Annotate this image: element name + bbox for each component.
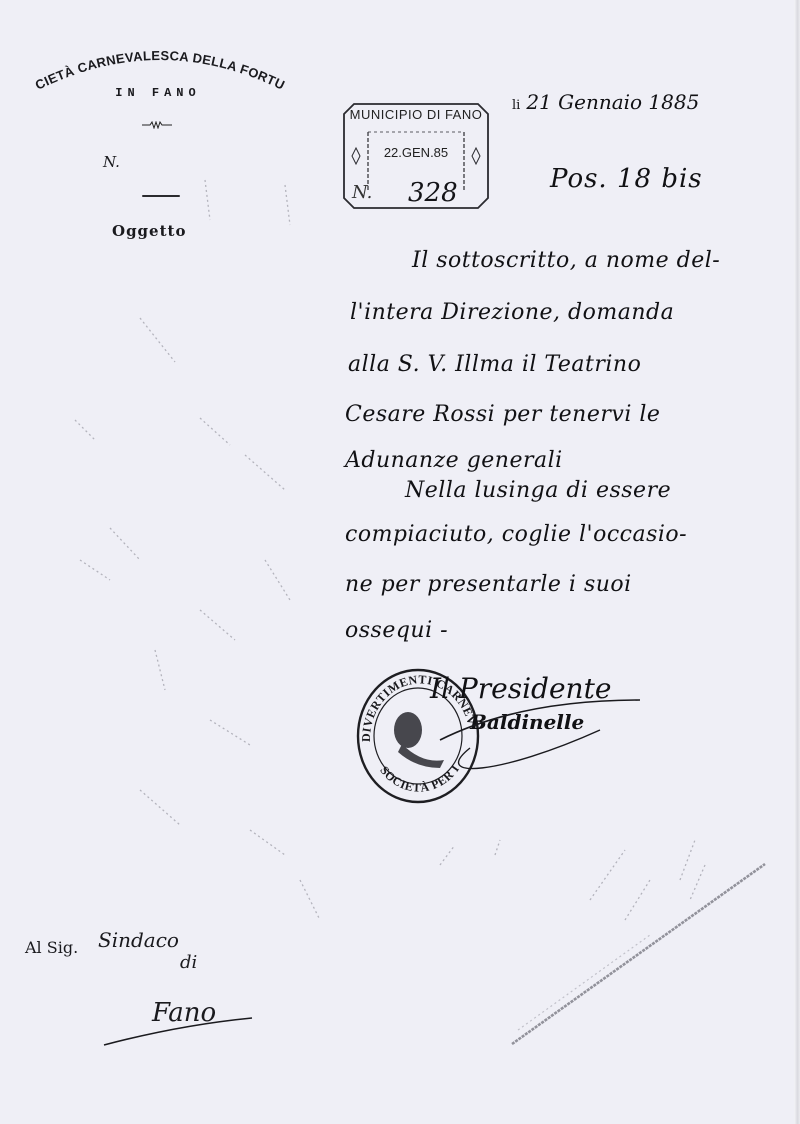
letter-date: li21 Gennaio 1885: [512, 90, 699, 114]
subject-label: Oggetto: [112, 222, 186, 240]
addressee-preposition: di: [180, 952, 197, 973]
body-line: Cesare Rossi per tenervi le: [345, 402, 660, 427]
stamp-date: 22.GEN.85: [370, 145, 462, 160]
svg-text:SOCIETÀ CARNEVALESCA DELLA FOR: SOCIETÀ CARNEVALESCA DELLA FORTUNA: [30, 20, 287, 93]
reference-number: Pos. 18 bis: [550, 164, 703, 194]
fortune-figure-icon: [394, 712, 444, 768]
stamp-title: MUNICIPIO DI FANO: [348, 107, 484, 122]
body-line: ossequi -: [345, 618, 448, 643]
stamp-protocol-number: 328: [408, 178, 458, 208]
body-line: Nella lusinga di essere: [405, 478, 671, 503]
body-line: Adunanze generali: [345, 448, 563, 473]
scan-edge: [794, 0, 800, 1124]
svg-text:SOCIETÀ PER I: SOCIETÀ PER I: [377, 762, 462, 795]
addressee-label: Al Sig.: [25, 938, 78, 957]
number-label: N.: [103, 153, 120, 171]
divider: [142, 195, 180, 197]
addressee-city: Fano: [152, 998, 216, 1028]
stamp-number-prefix: N.: [352, 182, 372, 203]
signature: Baldinelle: [470, 710, 584, 734]
addressee-name: Sindaco: [98, 928, 179, 952]
body-line: Il sottoscritto, a nome del-: [412, 248, 720, 273]
body-line: ne per presentarle i suoi: [345, 572, 632, 597]
body-line: compiaciuto, coglie l'occasio-: [345, 522, 687, 547]
body-line: l'intera Direzione, domanda: [350, 300, 674, 325]
closing-title: Il Presidente: [430, 672, 611, 705]
date-text: 21 Gennaio 1885: [526, 90, 699, 114]
ornament-squiggle-icon: [142, 121, 172, 129]
date-prefix: li: [512, 98, 520, 113]
letterhead-city: IN FANO: [98, 86, 218, 100]
body-line: alla S. V. Illma il Teatrino: [348, 352, 641, 377]
